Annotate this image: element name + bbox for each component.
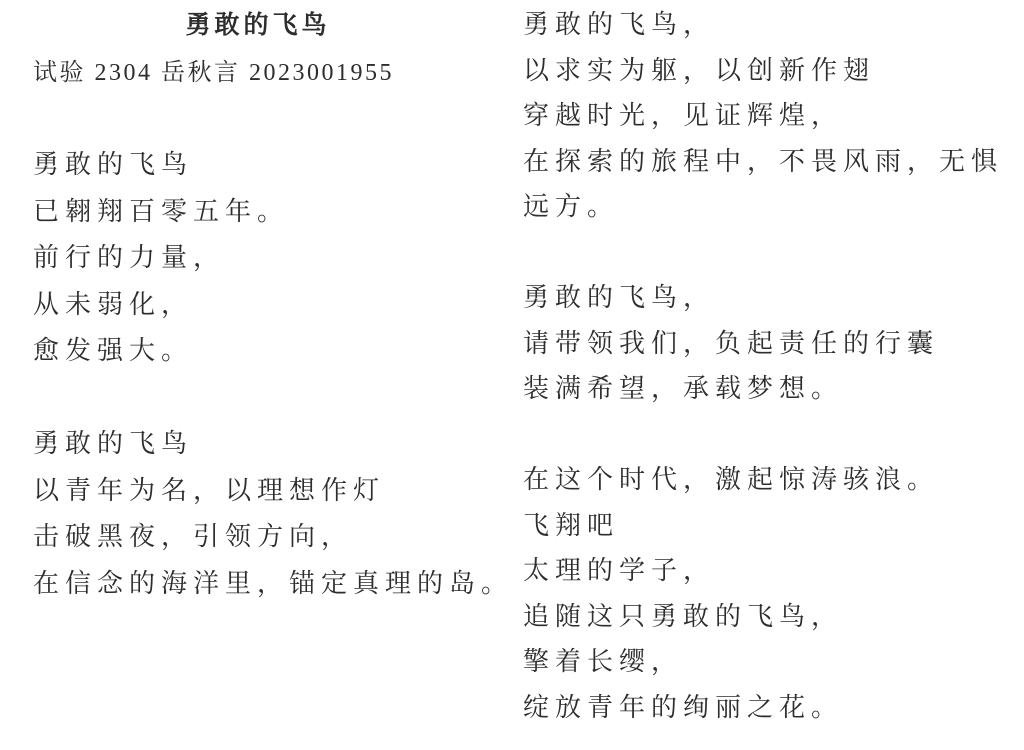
- poem-line: 绽放青年的绚丽之花。: [523, 683, 1024, 729]
- poem-line: 愈发强大。: [33, 326, 483, 373]
- poem-line: 飞翔吧: [523, 501, 1024, 547]
- poem-line: 在这个时代，激起惊涛骇浪。: [523, 455, 1024, 501]
- poem-title: 勇敢的飞鸟: [33, 0, 483, 47]
- poem-line: 击破黑夜，引领方向，: [33, 512, 483, 559]
- poem-line: 前行的力量，: [33, 233, 483, 280]
- poem-line: 在探索的旅程中，不畏风雨，无惧: [523, 137, 1024, 183]
- poem-line: 穿越时光，见证辉煌，: [523, 91, 1024, 137]
- poem-line: 追随这只勇敢的飞鸟，: [523, 592, 1024, 638]
- poem-line: 已翱翔百零五年。: [33, 186, 483, 233]
- poem-line: 勇敢的飞鸟: [33, 419, 483, 466]
- poem-line: 请带领我们，负起责任的行囊: [523, 319, 1024, 365]
- blank-line: [523, 410, 1024, 456]
- author-line: 试验 2304 岳秋言 2023001955: [33, 47, 483, 94]
- document-page: 勇敢的飞鸟 试验 2304 岳秋言 2023001955 勇敢的飞鸟 已翱翔百零…: [0, 0, 1024, 750]
- poem-line: 勇敢的飞鸟，: [523, 0, 1024, 46]
- poem-line: 远方。: [523, 182, 1024, 228]
- poem-line: 勇敢的飞鸟: [33, 140, 483, 187]
- blank-line: [33, 372, 483, 419]
- poem-line: 擎着长缨，: [523, 637, 1024, 683]
- blank-line: [523, 228, 1024, 274]
- left-column: 勇敢的飞鸟 试验 2304 岳秋言 2023001955 勇敢的飞鸟 已翱翔百零…: [0, 0, 523, 750]
- poem-line: 装满希望，承载梦想。: [523, 364, 1024, 410]
- poem-line: 勇敢的飞鸟，: [523, 273, 1024, 319]
- poem-line: 从未弱化，: [33, 279, 483, 326]
- right-column: 勇敢的飞鸟， 以求实为躯，以创新作翅 穿越时光，见证辉煌， 在探索的旅程中，不畏…: [523, 0, 1024, 750]
- poem-line: 在信念的海洋里，锚定真理的岛。: [33, 558, 483, 605]
- blank-line: [33, 93, 483, 140]
- poem-line: 以青年为名，以理想作灯: [33, 465, 483, 512]
- poem-line: 以求实为躯，以创新作翅: [523, 46, 1024, 92]
- poem-line: 太理的学子，: [523, 546, 1024, 592]
